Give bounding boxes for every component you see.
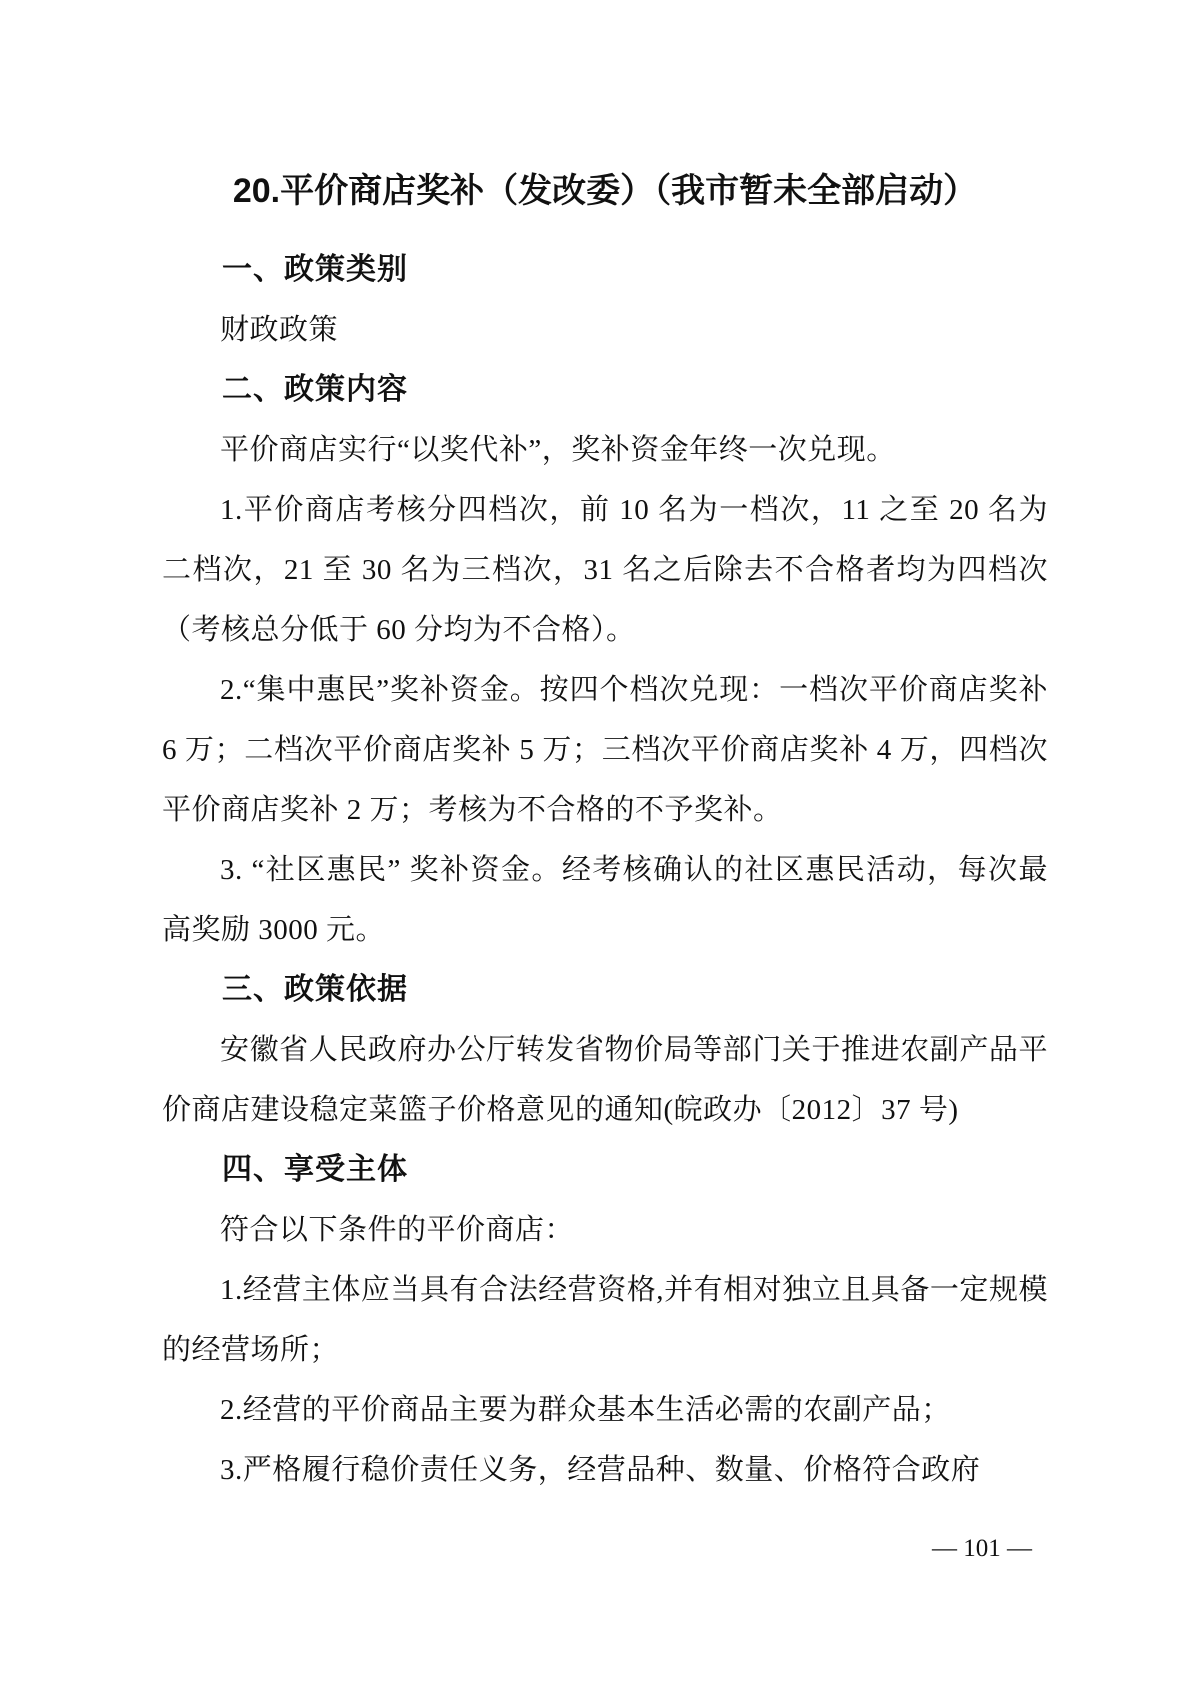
page-number: — 101 — [932, 1534, 1032, 1564]
paragraph: 符合以下条件的平价商店： [162, 1200, 1048, 1260]
paragraph: 1.平价商店考核分四档次，前 10 名为一档次，11 之至 20 名为二档次，2… [162, 480, 1048, 660]
section-heading-policy-category: 一、政策类别 [162, 240, 1048, 300]
paragraph: 2.经营的平价商品主要为群众基本生活必需的农副产品； [162, 1380, 1048, 1440]
page-title: 20.平价商店奖补（发改委）（我市暂未全部启动） [162, 160, 1048, 222]
paragraph: 3. “社区惠民” 奖补资金。经考核确认的社区惠民活动，每次最高奖励 3000 … [162, 840, 1048, 960]
paragraph: 平价商店实行“以奖代补”，奖补资金年终一次兑现。 [162, 420, 1048, 480]
section-heading-policy-basis: 三、政策依据 [162, 960, 1048, 1020]
paragraph: 1.经营主体应当具有合法经营资格,并有相对独立且具备一定规模的经营场所； [162, 1260, 1048, 1380]
section-beneficiaries: 四、享受主体 符合以下条件的平价商店： 1.经营主体应当具有合法经营资格,并有相… [162, 1140, 1048, 1500]
paragraph: 财政政策 [162, 300, 1048, 360]
paragraph: 安徽省人民政府办公厅转发省物价局等部门关于推进农副产品平价商店建设稳定菜篮子价格… [162, 1020, 1048, 1140]
section-heading-beneficiaries: 四、享受主体 [162, 1140, 1048, 1200]
document-page: 20.平价商店奖补（发改委）（我市暂未全部启动） 一、政策类别 财政政策 二、政… [0, 0, 1190, 1683]
section-policy-content: 二、政策内容 平价商店实行“以奖代补”，奖补资金年终一次兑现。 1.平价商店考核… [162, 360, 1048, 960]
paragraph: 3.严格履行稳价责任义务，经营品种、数量、价格符合政府 [162, 1440, 1048, 1500]
section-policy-category: 一、政策类别 财政政策 [162, 240, 1048, 360]
section-heading-policy-content: 二、政策内容 [162, 360, 1048, 420]
paragraph: 2.“集中惠民”奖补资金。按四个档次兑现：一档次平价商店奖补 6 万；二档次平价… [162, 660, 1048, 840]
section-policy-basis: 三、政策依据 安徽省人民政府办公厅转发省物价局等部门关于推进农副产品平价商店建设… [162, 960, 1048, 1140]
document-content: 20.平价商店奖补（发改委）（我市暂未全部启动） 一、政策类别 财政政策 二、政… [162, 160, 1048, 1500]
